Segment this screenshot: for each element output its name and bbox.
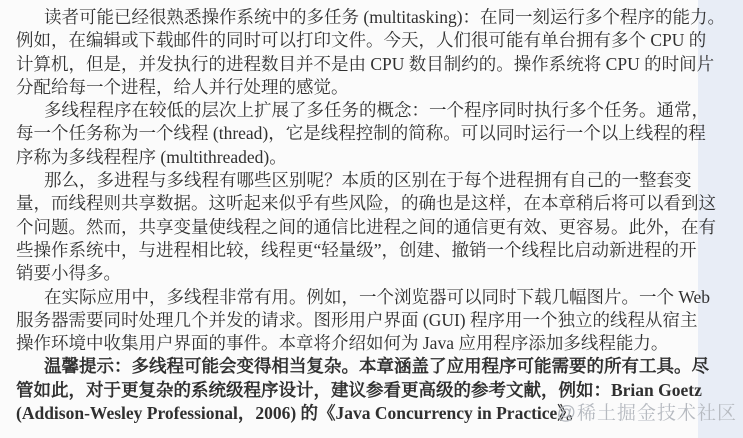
text-line: 个问题。然而，共享变量使线程之间的通信比进程之间的通信更有效、更容易。此外，在有 [16, 216, 706, 239]
text-line: 分配给每一个进程，给人并行处理的感觉。 [16, 76, 706, 99]
tip-label: 温馨提示： [44, 356, 132, 376]
paragraph: 那么，多进程与多线程有哪些区别呢？本质的区别在于每个进程拥有自己的一整套变量，而… [16, 169, 706, 285]
text-line: 在实际应用中，多线程非常有用。例如，一个浏览器可以同时下载几幅图片。一个 Web [16, 286, 706, 309]
text-line: 量，而线程则共享数据。这听起来似乎有些风险，的确也是这样，在本章稍后将可以看到这 [16, 192, 706, 215]
text-line: 那么，多进程与多线程有哪些区别呢？本质的区别在于每个进程拥有自己的一整套变 [16, 169, 706, 192]
page-text: 读者可能已经很熟悉操作系统中的多任务 (multitasking)：在同一刻运行… [16, 6, 706, 425]
text-line: 多线程程序在较低的层次上扩展了多任务的概念：一个程序同时执行多个任务。通常， [16, 99, 706, 122]
text-line: 些操作系统中，与进程相比较，线程更“轻量级”，创建、撤销一个线程比启动新进程的开 [16, 239, 706, 262]
paragraph: 多线程程序在较低的层次上扩展了多任务的概念：一个程序同时执行多个任务。通常，每一… [16, 99, 706, 169]
text-line: 服务器需要同时处理几个并发的请求。图形用户界面 (GUI) 程序用一个独立的线程… [16, 309, 706, 332]
paragraph: 在实际应用中，多线程非常有用。例如，一个浏览器可以同时下载几幅图片。一个 Web… [16, 286, 706, 356]
watermark: @稀土掘金技术社区 [557, 398, 737, 425]
paragraph: 读者可能已经很熟悉操作系统中的多任务 (multitasking)：在同一刻运行… [16, 6, 706, 99]
text-line: 操作环境中收集用户界面的事件。本章将介绍如何为 Java 应用程序添加多线程能力… [16, 332, 706, 355]
text-line: 计算机，但是，并发执行的进程数目并不是由 CPU 数目制约的。操作系统将 CPU… [16, 53, 706, 76]
text-line: 温馨提示：多线程可能会变得相当复杂。本章涵盖了应用程序可能需要的所有工具。尽 [16, 355, 706, 378]
text-line: 读者可能已经很熟悉操作系统中的多任务 (multitasking)：在同一刻运行… [16, 6, 706, 29]
book-page: 读者可能已经很熟悉操作系统中的多任务 (multitasking)：在同一刻运行… [0, 0, 743, 438]
text-line: 序称为多线程程序 (multithreaded)。 [16, 146, 706, 169]
text-line: 销要小得多。 [16, 262, 706, 285]
text-line: 例如，在编辑或下载邮件的同时可以打印文件。今天，人们很可能有单台拥有多个 CPU… [16, 29, 706, 52]
text-line: 每一个任务称为一个线程 (thread)，它是线程控制的简称。可以同时运行一个以… [16, 122, 706, 145]
